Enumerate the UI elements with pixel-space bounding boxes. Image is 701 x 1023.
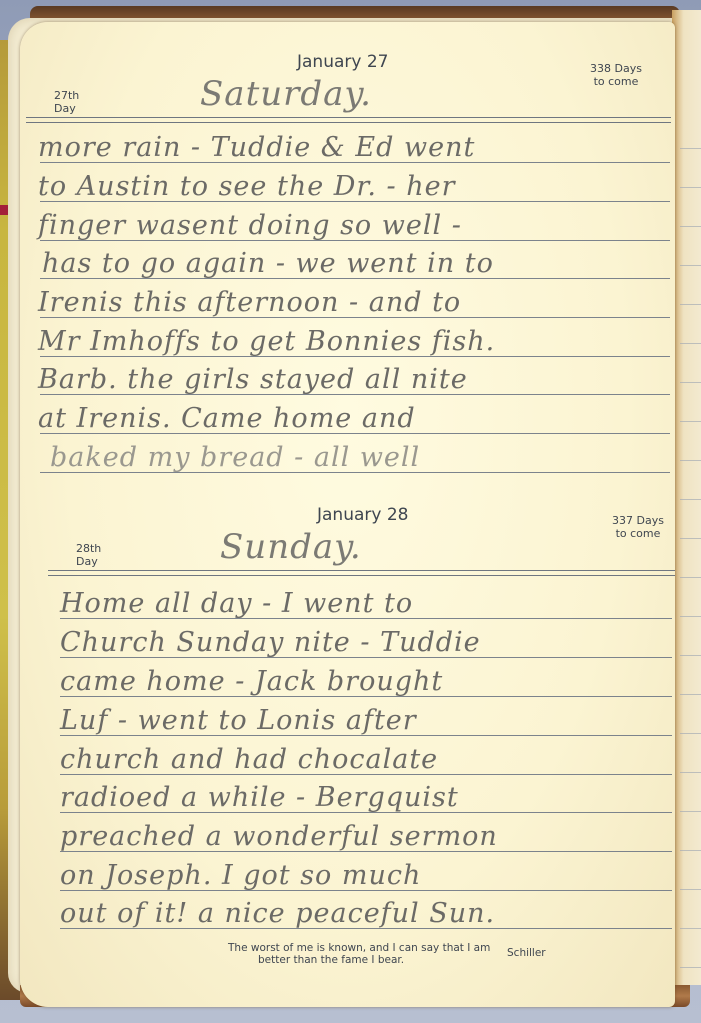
entry-1-line-6: Mr Imhoffs to get Bonnies fish.: [38, 326, 495, 357]
quote-line-2: better than the fame I bear.: [228, 954, 548, 966]
days-count: 338 Days: [590, 62, 642, 75]
entry-1-line-7: Barb. the girls stayed all nite: [38, 364, 468, 395]
entry-1-line-9: baked my bread - all well: [50, 442, 420, 473]
diary-page: January 27 27th Day 338 Days to come Sat…: [20, 22, 675, 1007]
entry-2-line-3: came home - Jack brought: [60, 666, 443, 697]
entry-2-line-5: church and had chocalate: [60, 744, 438, 775]
cover-mark: [0, 205, 8, 215]
entry-1-day-of-year: 27th Day: [54, 89, 79, 115]
entry-2-day-of-year: 28th Day: [76, 542, 101, 568]
entry-2-line-2: Church Sunday nite - Tuddie: [60, 627, 481, 658]
entry-2-header-rule: [48, 570, 675, 576]
entry-1-line-8: at Irenis. Came home and: [38, 403, 416, 434]
entry-2-line-7: preached a wonderful sermon: [60, 821, 498, 852]
entry-1-line-2: to Austin to see the Dr. - her: [38, 171, 456, 202]
entry-1-line-4: has to go again - we went in to: [42, 248, 494, 279]
entry-1-line-5: Irenis this afternoon - and to: [38, 287, 461, 318]
quote-line-1: The worst of me is known, and I can say …: [228, 942, 548, 954]
facing-page-edge: [672, 10, 701, 985]
day-label: Day: [76, 555, 101, 568]
day-number: 27th: [54, 89, 79, 102]
entry-1-line-1: more rain - Tuddie & Ed went: [38, 132, 475, 163]
entry-1-line-3: finger wasent doing so well -: [38, 210, 462, 241]
to-come-label: to come: [590, 75, 642, 88]
entry-2-days-to-come: 337 Days to come: [612, 514, 664, 540]
footer-quote: The worst of me is known, and I can say …: [228, 942, 548, 966]
entry-2-line-4: Luf - went to Lonis after: [60, 705, 417, 736]
facing-page-lines: [680, 110, 701, 970]
to-come-label: to come: [612, 527, 664, 540]
entry-1-date: January 27: [297, 52, 388, 72]
day-label: Day: [54, 102, 79, 115]
entry-2-date: January 28: [317, 505, 408, 525]
entry-2-line-6: radioed a while - Bergquist: [60, 782, 459, 813]
entry-2-weekday: Sunday.: [220, 527, 362, 567]
entry-2-line-9: out of it! a nice peaceful Sun.: [60, 898, 495, 929]
entry-1-header-rule: [26, 117, 671, 123]
entry-1-weekday: Saturday.: [200, 74, 372, 114]
entry-2-line-8: on Joseph. I got so much: [60, 860, 421, 891]
days-count: 337 Days: [612, 514, 664, 527]
day-number: 28th: [76, 542, 101, 555]
quote-author: Schiller: [507, 947, 546, 959]
entry-1-days-to-come: 338 Days to come: [590, 62, 642, 88]
entry-2-line-1: Home all day - I went to: [60, 588, 413, 619]
